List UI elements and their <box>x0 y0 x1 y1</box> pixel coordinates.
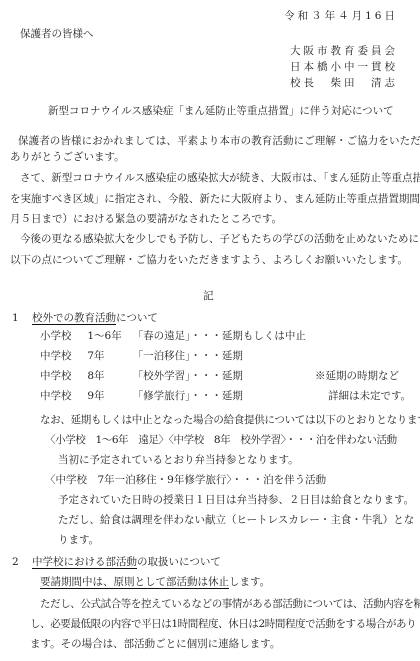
section1-heading: 1 校外での教育活動について <box>12 312 158 324</box>
intro-p2-line2: を実施すべき区域」に指定され、今般、新たに大阪府より、まん延防止等重点措置期間（… <box>10 193 420 205</box>
row-school: 中学校 <box>40 370 84 382</box>
section2-detail3: ます。その場合は、部活動ごとに個別に連絡します。 <box>30 638 280 650</box>
row-event: 「修学旅行」・・・延期 <box>133 390 243 402</box>
postpone-note-line1: ※延期の時期など <box>315 370 399 382</box>
section1-row: 小学校 1～6年 「春の遠足」・・・延期もしくは中止 <box>40 330 306 342</box>
row-event: 「校外学習」・・・延期 <box>133 370 243 382</box>
section1-heading-underlined: 校外での教育活動 <box>32 312 116 325</box>
sender-org: 大阪市教育委員会 <box>290 43 398 58</box>
case2-detail2: ただし、給食は調理を伴わない献立（ヒートレスカレー・主食・牛乳）とな <box>58 514 414 526</box>
sender-school: 日本橋小中一貫校 <box>290 59 398 74</box>
row-school: 中学校 <box>40 390 84 402</box>
document-title: 新型コロナウイルス感染症「まん延防止等重点措置」に伴う対応について <box>48 103 394 118</box>
section1-number: 1 <box>12 312 19 324</box>
row-event: 「春の遠足」・・・延期もしくは中止 <box>133 330 306 342</box>
section2-detail1: ただし、公式試合等を控えているなどの事情がある部活動については、活動内容を精選 <box>40 598 420 610</box>
section1-row: 中学校 7年 「一泊移住」・・・延期 <box>40 350 243 362</box>
lunch-intro: なお、延期もしくは中止となった場合の給食提供については以下のとおりとなります。 <box>40 414 420 426</box>
intro-p3-line1: 今後の更なる感染拡大を少しでも予防し、子どもたちの学びの活動を止めないためにも、 <box>20 233 420 245</box>
intro-p2-line3: 月５日まで）における緊急の要請がなされたところです。 <box>10 213 282 225</box>
document-date: 令和３年４月16日 <box>284 8 398 23</box>
row-school: 小学校 <box>40 330 84 342</box>
section1-row: 中学校 9年 「修学旅行」・・・延期 <box>40 390 243 402</box>
row-grade: 7年 <box>87 350 129 362</box>
section2-heading-rest: の取扱いについて <box>137 556 221 568</box>
case1-heading: 〈小学校 1～6年 遠足〉〈中学校 8年 校外学習〉・・・泊を伴わない活動 <box>45 434 397 446</box>
sender-principal: 校長 柴田 清志 <box>290 75 398 90</box>
case2-detail1: 予定されていた日時の授業日１日目は弁当持参、２日目は給食となります。 <box>58 494 414 506</box>
postpone-note-line2: 詳細は未定です。 <box>328 390 411 402</box>
case2-heading: 〈中学校 7年一泊移住・9年修学旅行〉・・・泊を伴う活動 <box>45 474 326 486</box>
row-grade: 8年 <box>87 370 129 382</box>
row-grade: 1～6年 <box>87 330 129 342</box>
ki-heading: 記 <box>203 288 214 303</box>
intro-p1-line1: 保護者の皆様におかれましては、平素より本市の教育活動にご理解・ご協力をいただき <box>18 135 420 147</box>
section2-emphasis: 要請期間中は、原則として部活動は休止 <box>40 576 229 589</box>
section2-emphasis-rest: します。 <box>229 576 270 588</box>
section2-heading: 2 中学校における部活動の取扱いについて <box>12 556 221 568</box>
section2-number: 2 <box>12 556 19 568</box>
section1-row: 中学校 8年 「校外学習」・・・延期 <box>40 370 243 382</box>
case1-detail: 当初に予定されているとおり弁当持参となります。 <box>58 454 299 466</box>
row-grade: 9年 <box>87 390 129 402</box>
row-school: 中学校 <box>40 350 84 362</box>
addressee: 保護者の皆様へ <box>20 26 94 41</box>
intro-p3-line2: 以下の点についてご理解・ご協力をいただきますよう、よろしくお願いいたします。 <box>10 254 408 266</box>
section2-emphasis-line: 要請期間中は、原則として部活動は休止します。 <box>40 576 270 588</box>
section1-heading-rest: について <box>116 312 158 324</box>
section2-detail2: し、必要最低限の内容で平日は1時間程度、休日は2時間程度で活動をする場合があり <box>30 618 416 630</box>
section2-heading-underlined: 中学校における部活動 <box>32 556 137 569</box>
row-event: 「一泊移住」・・・延期 <box>133 350 243 362</box>
intro-p1-line2: ありがとうございます。 <box>10 151 125 163</box>
case2-detail3: ります。 <box>58 534 99 546</box>
intro-p2-line1: さて、新型コロナウイルス感染症の感染拡大が続き、大阪市は、「まん延防止等重点措置 <box>20 172 420 184</box>
